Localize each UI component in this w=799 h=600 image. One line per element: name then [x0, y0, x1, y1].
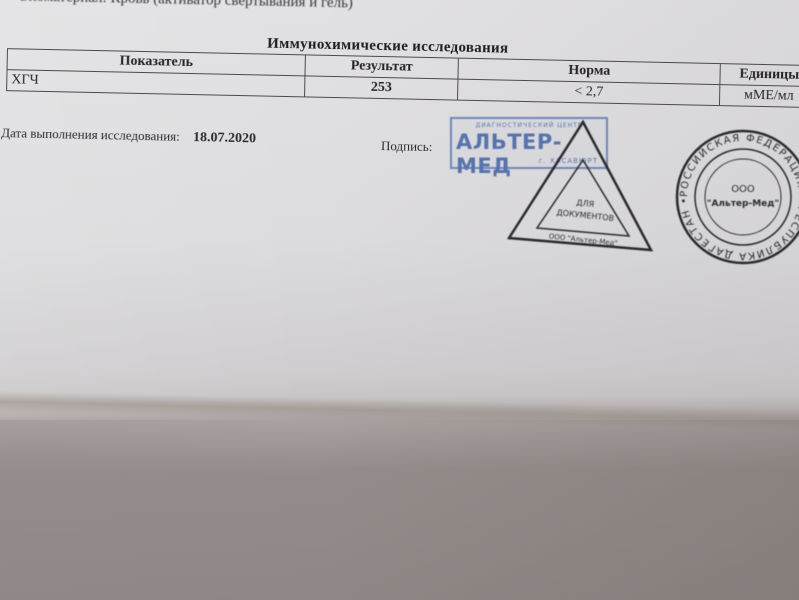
stamp-tri-line1: ДЛЯ — [576, 198, 595, 209]
paper-lower-half — [0, 420, 799, 600]
date-line: Дата выполнения исследования: 18.07.2020 — [1, 125, 256, 147]
circular-stamp: РОССИЙСКАЯ ФЕДЕРАЦИЯ • РЕСПУБЛИКА ДАГЕСТ… — [674, 128, 799, 266]
header-units: Единицы — [720, 64, 799, 87]
results-table: Показатель Результат Норма Единицы ХГЧ 2… — [6, 48, 799, 108]
paper-photo: Биоматериал: Кровь (активатор свертывани… — [0, 0, 799, 600]
stamp-circle-line2: "Альтер-Мед" — [707, 199, 779, 209]
triangular-stamp: ДЛЯ ДОКУМЕНТОВ ООО "Альтер-Мед" — [505, 118, 655, 258]
stamp-circle-line1: ООО — [731, 184, 755, 195]
biomaterial-line: Биоматериал: Кровь (активатор свертывани… — [20, 0, 353, 12]
date-value: 18.07.2020 — [193, 130, 256, 146]
cell-units: мМЕ/мл — [720, 85, 799, 108]
signature-label: Подпись: — [381, 138, 433, 155]
date-label: Дата выполнения исследования: — [1, 125, 180, 144]
cell-result: 253 — [305, 76, 458, 100]
stamp-tri-line2: ДОКУМЕНТОВ — [556, 208, 614, 223]
cell-norm: < 2,7 — [458, 79, 721, 105]
